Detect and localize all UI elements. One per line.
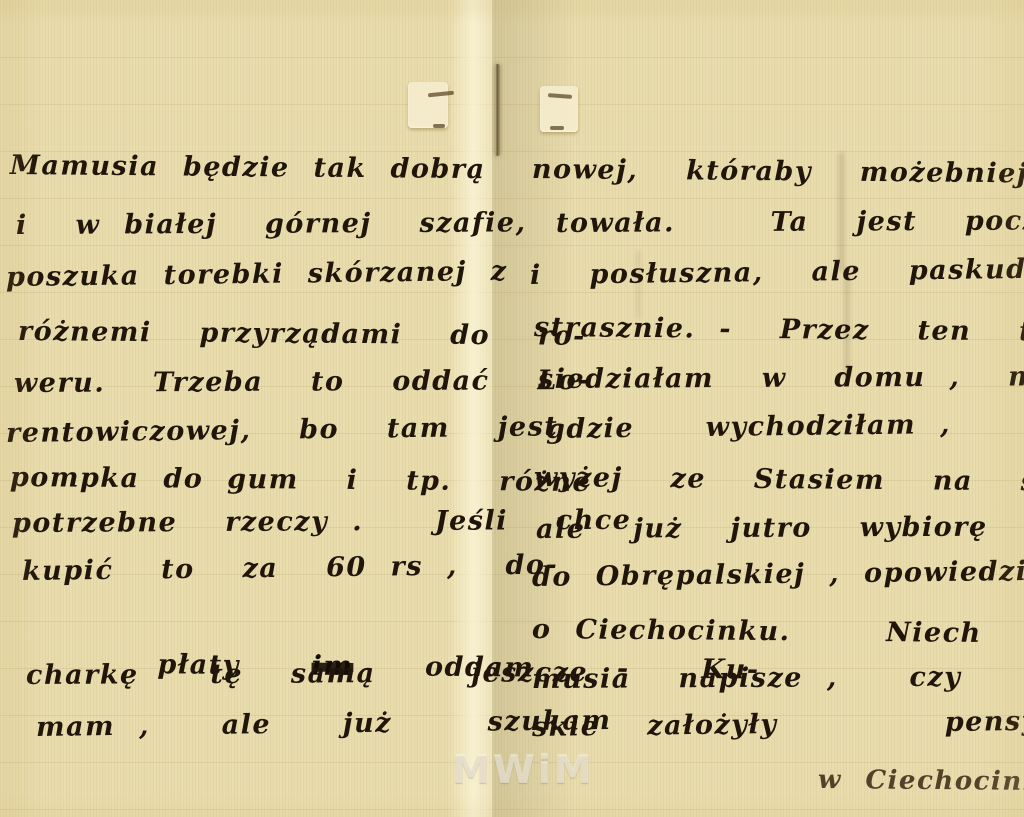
handwriting-line: musia napisze , czy Kryń-: [532, 657, 1024, 700]
watermark: MWiM: [452, 748, 595, 792]
handwriting-line: i posłuszna, ale paskudzi: [530, 250, 1024, 296]
letter-scan: Mamusia będzie tak dobrą i w białej górn…: [0, 0, 1024, 817]
handwriting-line: wyżej ze Stasiem na spacer,: [534, 458, 1024, 503]
handwriting-line: o Ciechocinku. Niech mi Ma-: [532, 610, 1024, 656]
handwriting-line: weru. Trzeba to oddać Lo-: [14, 361, 590, 404]
handwriting-line: siedziałam w domu , mało: [538, 357, 1024, 400]
handwriting-line: różnemi przyrządami do ro-: [18, 312, 586, 357]
handwriting-line: mam , ale już szukam: [36, 701, 612, 748]
handwriting-line: nowej, któraby możebniej go-: [532, 150, 1024, 195]
paper-damage-mark: [550, 126, 564, 130]
handwriting-line: pompka do gum i tp. różne: [10, 458, 591, 503]
handwriting-line: strasznie. - Przez ten tydzień: [534, 308, 1024, 353]
handwriting-line: gdzie wychodziłam , naj-: [546, 403, 1024, 450]
handwriting-line: skie założyły pensyonat: [532, 701, 1024, 748]
handwriting-line: i w białej górnej szafie,: [16, 203, 527, 246]
handwriting-line: charkę tę samą jeszcze: [26, 653, 588, 696]
handwriting-line: towała. Ta jest poczciwa: [556, 201, 1024, 244]
handwriting-line: Mamusia będzie tak dobrą: [10, 146, 486, 190]
handwriting-line: ale już jutro wybiorę się: [536, 507, 1024, 550]
handwriting-line: kupić to za 60 rs , do-: [22, 545, 559, 592]
handwriting-line: rentowiczowej, bo tam jest: [6, 407, 559, 454]
handwriting-line: do Obrępalskiej , opowiedzieć jej: [532, 551, 1024, 598]
paper-damage-mark: [433, 124, 445, 128]
handwriting-line: poszuka torebki skórzanej z: [6, 252, 508, 298]
handwriting-line-signature: w Ciechocinku: [818, 760, 1024, 802]
paper-damage-mark: [408, 82, 448, 128]
stitch-hole: [495, 64, 500, 156]
